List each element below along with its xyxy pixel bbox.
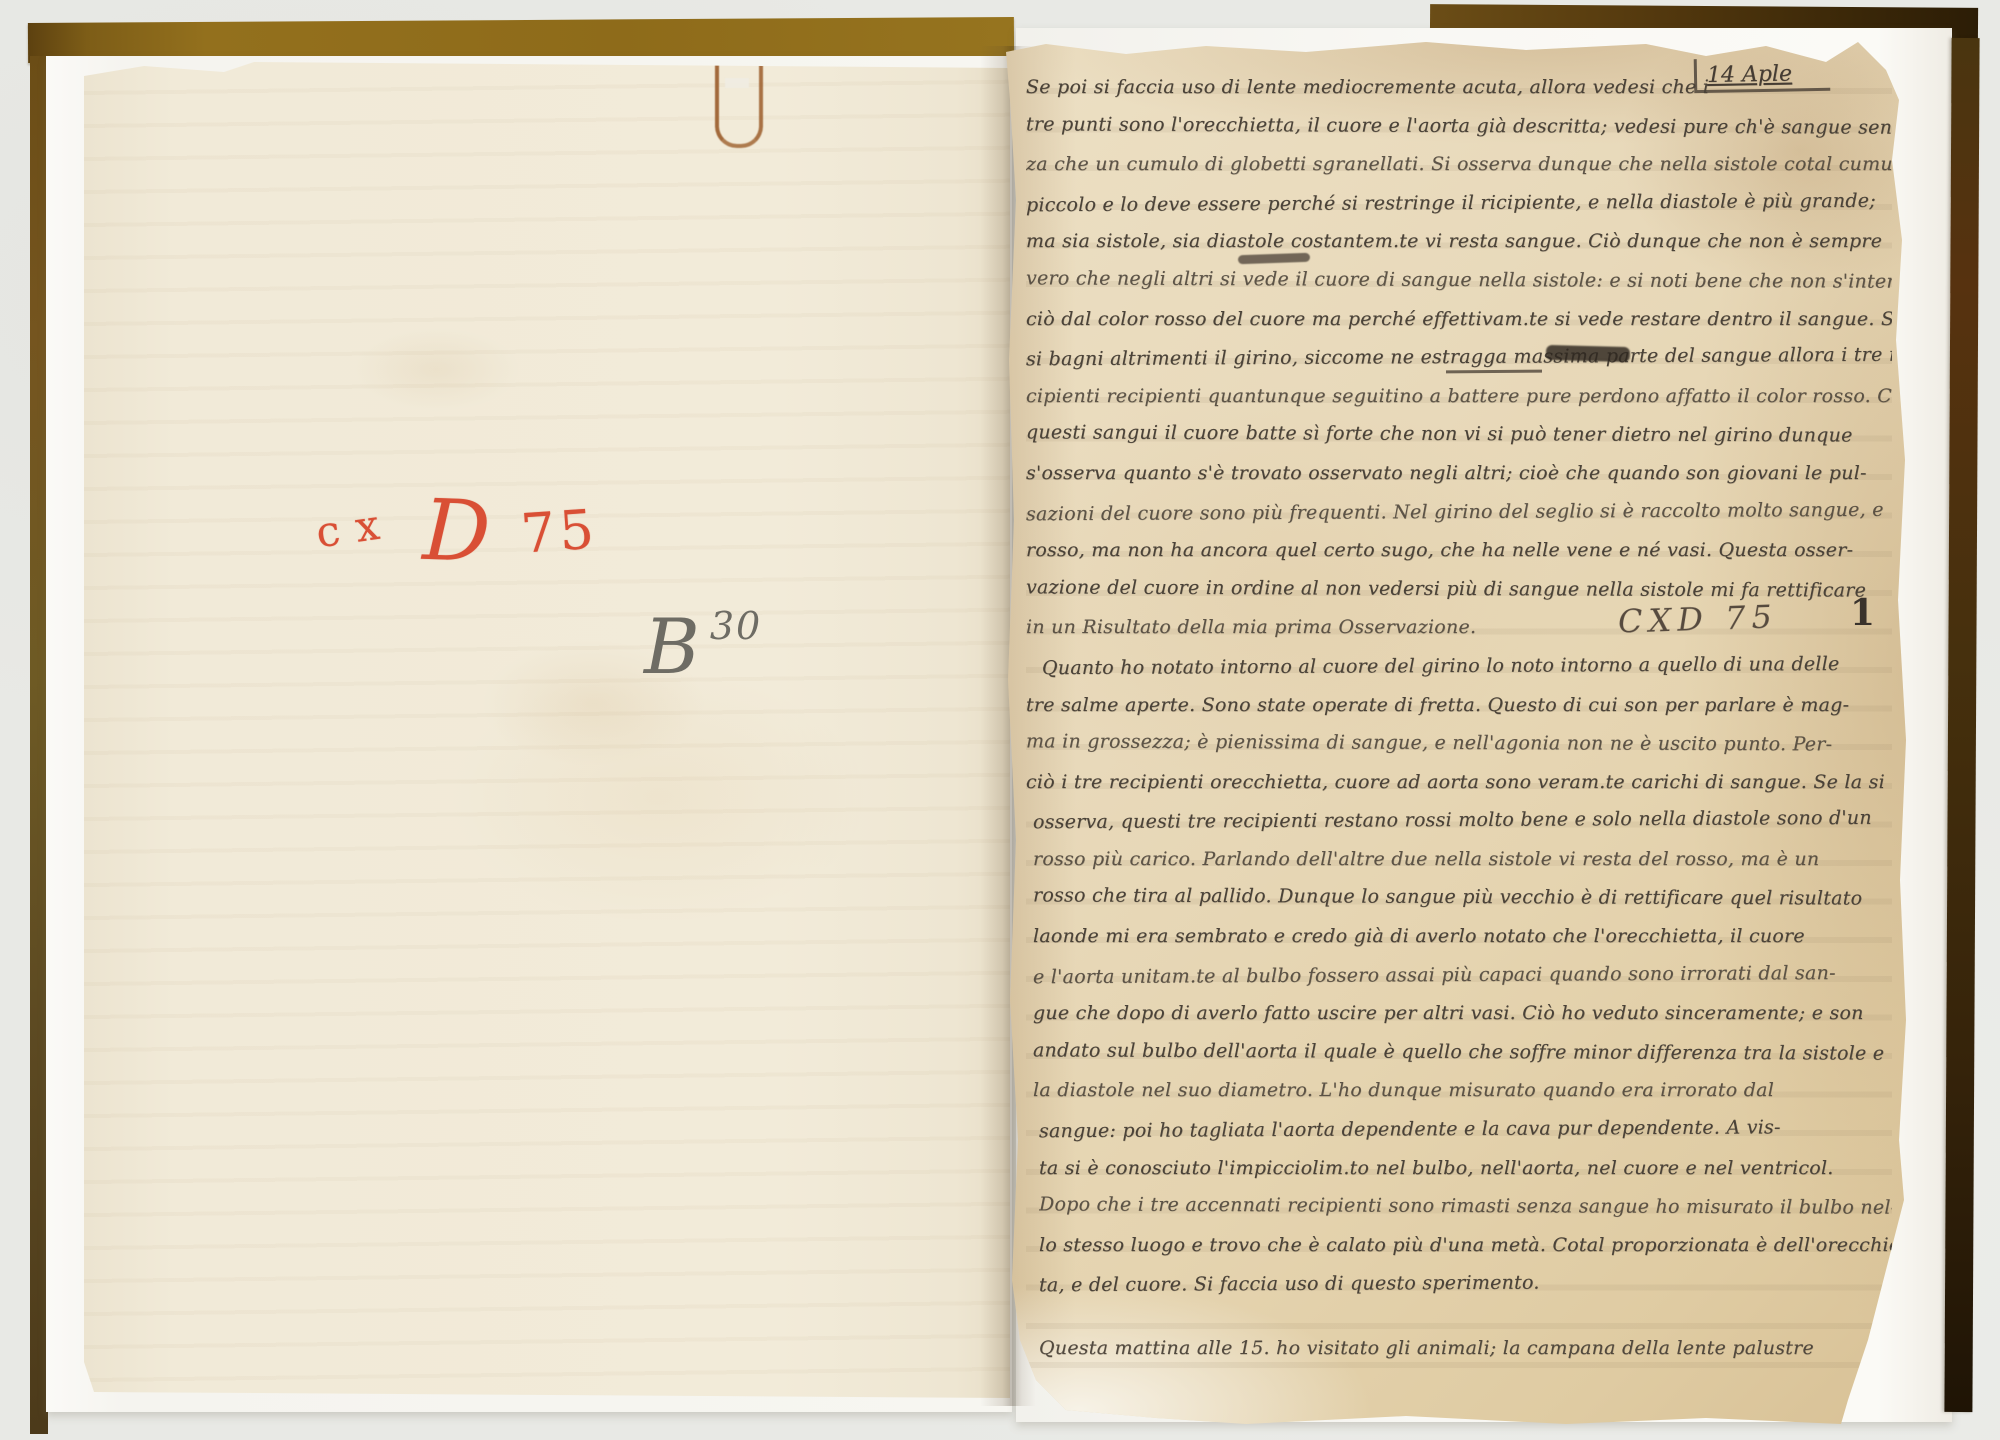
inline-ink-classmark: CXD 75 xyxy=(1617,597,1778,641)
manuscript-line: za che un cumulo di globetti sgranellati… xyxy=(1026,145,1892,184)
manuscript-text-block: Se poi si faccia uso di lente mediocreme… xyxy=(1026,68,1892,1368)
red-classmark-number: 75 xyxy=(518,497,599,565)
manuscript-line: ta si è conosciuto l'impicciolim.to nel … xyxy=(1039,1149,1892,1188)
right-page: 14 Aple Se poi si faccia uso di lente me… xyxy=(1006,40,1908,1424)
pencil-classmark-number: 30 xyxy=(710,604,762,648)
manuscript-line: rosso che tira al pallido. Dunque lo san… xyxy=(1033,877,1892,919)
manuscript-line: lo stesso luogo e trovo che è calato più… xyxy=(1039,1226,1892,1265)
manuscript-line: s'osserva quanto s'è trovato osservato n… xyxy=(1026,454,1892,493)
manuscript-line: osserva, questi tre recipienti restano r… xyxy=(1033,799,1892,842)
manuscript-line: ta, e del cuore. Si faccia uso di questo… xyxy=(1039,1262,1892,1305)
pencil-classmark: B30 xyxy=(644,602,762,691)
manuscript-line: laonde mi era sembrato e credo già di av… xyxy=(1033,917,1892,956)
manuscript-line: Questa mattina alle 15. ho visitato gli … xyxy=(1039,1329,1892,1368)
manuscript-line: cipienti recipienti quantunque seguitino… xyxy=(1026,377,1892,416)
manuscript-line: e l'aorta unitam.te al bulbo fossero ass… xyxy=(1033,953,1892,996)
manuscript-line: Dopo che i tre accennati recipienti sono… xyxy=(1039,1186,1892,1228)
manuscript-line: questi sangui il cuore batte sì forte ch… xyxy=(1026,414,1892,456)
folio-number: 1 xyxy=(1850,592,1875,634)
red-classmark-letter-d: D xyxy=(422,481,493,581)
manuscript-line: ciò i tre recipienti orecchietta, cuore … xyxy=(1026,763,1892,802)
manuscript-line: Quanto ho notato intorno al cuore del gi… xyxy=(1026,645,1892,688)
book-cover-right-strip xyxy=(1944,38,1979,1412)
manuscript-line: rosso più carico. Parlando dell'altre du… xyxy=(1033,840,1892,879)
ink-strikeout-icon xyxy=(1546,345,1630,362)
red-chalk-classmark: cxD75 xyxy=(316,482,597,580)
manuscript-line: vero che negli altri si vede il cuore di… xyxy=(1026,259,1892,301)
manuscript-line: sazioni del cuore sono più frequenti. Ne… xyxy=(1026,490,1892,533)
manuscript-line: sangue: poi ho tagliata l'aorta dependen… xyxy=(1039,1108,1892,1151)
manuscript-line: rosso, ma non ha ancora quel certo sugo,… xyxy=(1026,531,1892,570)
manuscript-line: ma in grossezza; è pienissima di sangue,… xyxy=(1026,722,1892,764)
manuscript-line: ciò dal color rosso del cuore ma perché … xyxy=(1026,300,1892,339)
manuscript-line: piccolo e lo deve essere perché si restr… xyxy=(1026,182,1892,225)
manuscript-line: ma sia sistole, sia diastole costantem.t… xyxy=(1026,222,1892,261)
manuscript-line: tre punti sono l'orecchietta, il cuore e… xyxy=(1026,105,1892,147)
photo-background: cxD75 B30 14 Aple Se poi si faccia uso d… xyxy=(0,0,2000,1440)
manuscript-line: la diastole nel suo diametro. L'ho dunqu… xyxy=(1033,1071,1892,1110)
red-classmark-letters: cx xyxy=(313,498,398,558)
left-page: cxD75 B30 xyxy=(84,62,1010,1398)
manuscript-line: andato sul bulbo dell'aorta il quale è q… xyxy=(1033,1031,1892,1073)
manuscript-line: Se poi si faccia uso di lente mediocreme… xyxy=(1026,68,1892,107)
paperclip-rust-mark-icon xyxy=(715,60,763,148)
pencil-classmark-letter: B xyxy=(644,602,700,691)
manuscript-line: gue che dopo di averlo fatto uscire per … xyxy=(1033,994,1892,1033)
manuscript-line: tre salme aperte. Sono state operate di … xyxy=(1026,686,1892,725)
